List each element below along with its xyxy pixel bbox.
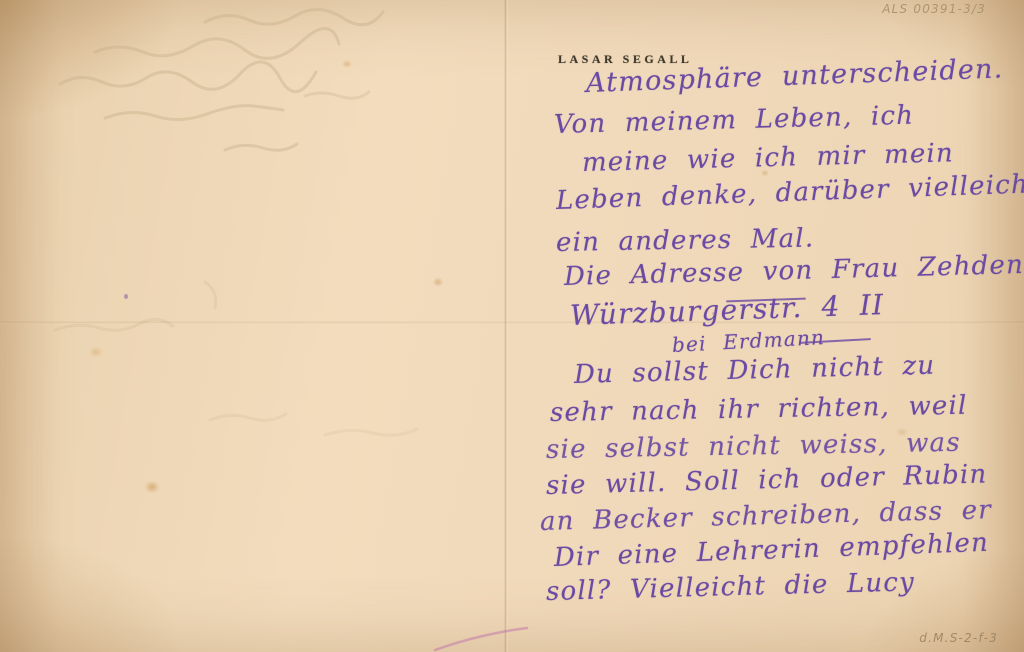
handwritten-line: ein anderes Mal. (556, 225, 815, 256)
handwritten-line: Die Adresse von Frau Zehden. (564, 252, 1024, 290)
handwritten-line: Von meinem Leben, ich (554, 103, 915, 138)
catalog-number-top-right: ALS 00391-3/3 (882, 3, 986, 15)
vertical-fold-line (504, 0, 508, 652)
handwritten-line: soll? Vielleicht die Lucy (546, 569, 916, 605)
handwritten-line: meine wie ich mir mein (582, 140, 955, 176)
show-through-writing (0, 0, 505, 652)
handwritten-line: Leben denke, darüber vielleicht (556, 171, 1024, 214)
handwritten-line: sie will. Soll ich oder Rubin (546, 461, 988, 499)
handwritten-line: Dir eine Lehrerin empfehlen (554, 530, 990, 571)
handwritten-line: sehr nach ihr richten, weil (550, 393, 968, 426)
catalog-number-bottom-right: d.M.S-2-f-3 (919, 632, 998, 644)
handwritten-line: Würzburgerstr. 4 II (570, 291, 885, 330)
handwritten-line: Du sollst Dich nicht zu (574, 353, 936, 388)
letterhead: LASAR SEGALL (558, 53, 692, 65)
ink-speck (712, 312, 715, 315)
crease-mark (420, 612, 620, 652)
handwritten-line: sie selbst nicht weiss, was (546, 430, 961, 463)
ink-speck (124, 294, 128, 299)
letter-scan: LASAR SEGALL ALS 00391-3/3 d.M.S-2-f-3 A… (0, 0, 1024, 652)
